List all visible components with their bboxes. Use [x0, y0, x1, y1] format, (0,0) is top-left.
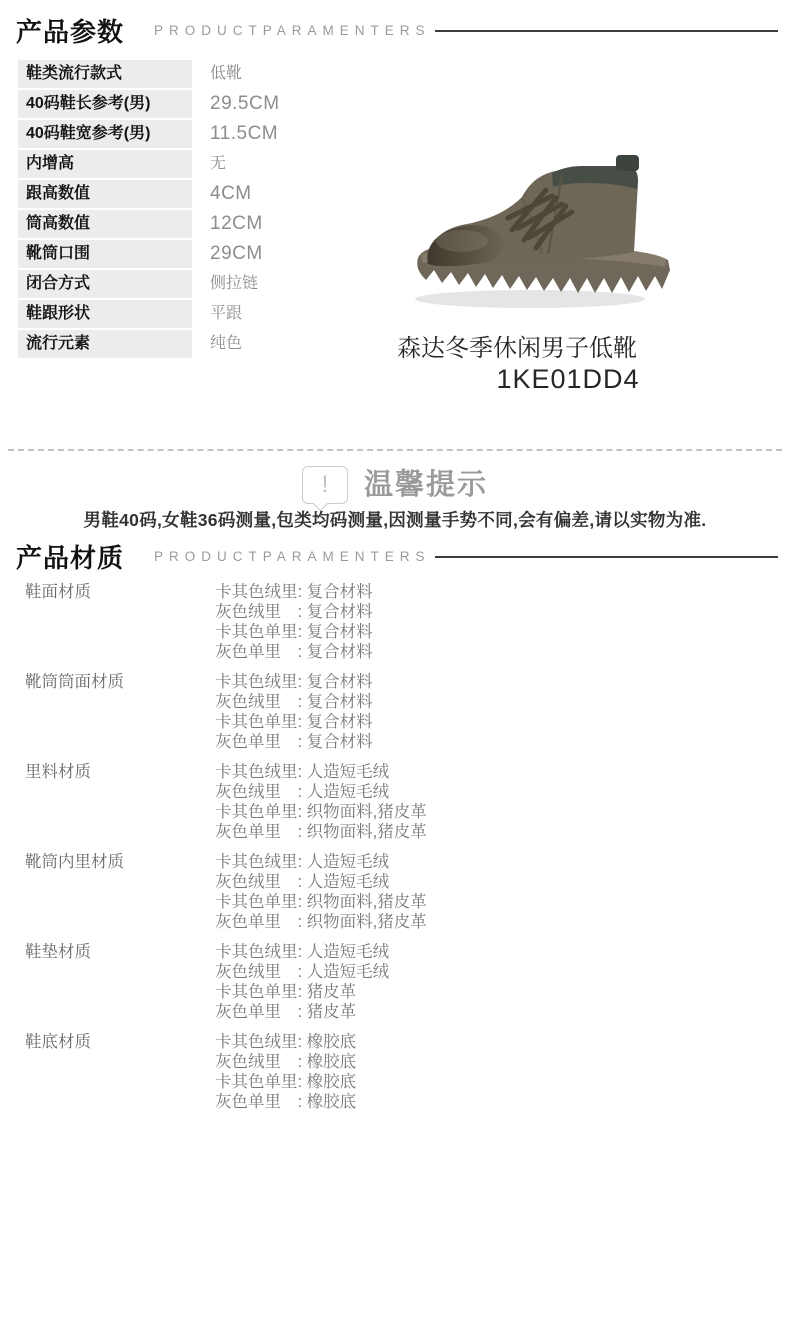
- material-line: 灰色绒里 : 橡胶底: [215, 1052, 545, 1072]
- param-value: 11.5CM: [210, 120, 278, 148]
- material-line: 灰色单里 : 橡胶底: [215, 1092, 545, 1112]
- material-line: 卡其色绒里: 人造短毛绒: [215, 762, 545, 782]
- material-values: 卡其色绒里: 复合材料 灰色绒里 : 复合材料 卡其色单里: 复合材料 灰色单里…: [215, 672, 545, 752]
- param-label: 跟高数值: [18, 180, 192, 208]
- section-title-parameters: 产品参数: [16, 12, 124, 49]
- material-line: 卡其色绒里: 人造短毛绒: [215, 942, 545, 962]
- material-line: 卡其色单里: 复合材料: [215, 712, 545, 732]
- section-header-materials: 产品材质 PRODUCTPARAMENTERS: [16, 538, 778, 575]
- material-label: 靴筒筒面材质: [25, 672, 215, 752]
- material-line: 卡其色单里: 织物面料,猪皮革: [215, 892, 545, 912]
- material-line: 灰色绒里 : 人造短毛绒: [215, 962, 545, 982]
- material-line: 卡其色绒里: 人造短毛绒: [215, 852, 545, 872]
- param-label: 闭合方式: [18, 270, 192, 298]
- product-detail-page: 产品参数 PRODUCTPARAMENTERS 鞋类流行款式 低靴 40码鞋长参…: [0, 0, 790, 1330]
- material-row: 鞋面材质 卡其色绒里: 复合材料 灰色绒里 : 复合材料 卡其色单里: 复合材料…: [25, 582, 545, 662]
- table-row: 40码鞋宽参考(男) 11.5CM: [18, 120, 418, 148]
- param-value: 纯色: [210, 330, 242, 358]
- param-label: 筒高数值: [18, 210, 192, 238]
- param-value: 平跟: [210, 300, 242, 328]
- param-label: 40码鞋宽参考(男): [18, 120, 192, 148]
- param-value: 29.5CM: [210, 90, 280, 118]
- product-model-code: 1KE01DD4: [468, 364, 668, 395]
- param-label: 靴筒口围: [18, 240, 192, 268]
- material-line: 灰色绒里 : 人造短毛绒: [215, 872, 545, 892]
- material-line: 卡其色单里: 复合材料: [215, 622, 545, 642]
- material-label: 鞋垫材质: [25, 942, 215, 1022]
- material-label: 鞋底材质: [25, 1032, 215, 1112]
- material-line: 卡其色绒里: 复合材料: [215, 582, 545, 602]
- notice-title: 温馨提示: [364, 462, 488, 503]
- material-row: 靴筒筒面材质 卡其色绒里: 复合材料 灰色绒里 : 复合材料 卡其色单里: 复合…: [25, 672, 545, 752]
- material-line: 卡其色绒里: 橡胶底: [215, 1032, 545, 1052]
- header-rule: [435, 30, 778, 32]
- material-label: 鞋面材质: [25, 582, 215, 662]
- table-row: 鞋类流行款式 低靴: [18, 60, 418, 88]
- param-label: 内增高: [18, 150, 192, 178]
- header-rule: [435, 556, 778, 558]
- param-value: 29CM: [210, 240, 263, 268]
- material-label: 里料材质: [25, 762, 215, 842]
- table-row: 鞋跟形状 平跟: [18, 300, 418, 328]
- material-row: 鞋底材质 卡其色绒里: 橡胶底 灰色绒里 : 橡胶底 卡其色单里: 橡胶底 灰色…: [25, 1032, 545, 1112]
- material-line: 灰色单里 : 猪皮革: [215, 1002, 545, 1022]
- table-row: 流行元素 纯色: [18, 330, 418, 358]
- material-line: 卡其色单里: 猪皮革: [215, 982, 545, 1002]
- dashed-divider: [8, 449, 782, 451]
- table-row: 闭合方式 侧拉链: [18, 270, 418, 298]
- material-line: 卡其色单里: 橡胶底: [215, 1072, 545, 1092]
- material-line: 灰色单里 : 复合材料: [215, 732, 545, 752]
- material-label: 靴筒内里材质: [25, 852, 215, 932]
- product-image: [412, 142, 697, 312]
- notice-header: ! 温馨提示: [0, 462, 790, 504]
- param-label: 流行元素: [18, 330, 192, 358]
- material-values: 卡其色绒里: 复合材料 灰色绒里 : 复合材料 卡其色单里: 复合材料 灰色单里…: [215, 582, 545, 662]
- table-row: 跟高数值 4CM: [18, 180, 418, 208]
- param-value: 无: [210, 150, 226, 178]
- material-values: 卡其色绒里: 人造短毛绒 灰色绒里 : 人造短毛绒 卡其色单里: 猪皮革 灰色单…: [215, 942, 545, 1022]
- section-header-parameters: 产品参数 PRODUCTPARAMENTERS: [16, 12, 778, 49]
- table-row: 40码鞋长参考(男) 29.5CM: [18, 90, 418, 118]
- boot-illustration: [412, 142, 697, 312]
- param-value: 4CM: [210, 180, 252, 208]
- param-value: 低靴: [210, 60, 242, 88]
- product-name: 森达冬季休闲男子低靴: [397, 328, 657, 363]
- material-line: 卡其色绒里: 复合材料: [215, 672, 545, 692]
- parameters-table: 鞋类流行款式 低靴 40码鞋长参考(男) 29.5CM 40码鞋宽参考(男) 1…: [18, 60, 418, 360]
- exclamation-bubble-icon: !: [302, 466, 348, 504]
- section-subtitle-materials: PRODUCTPARAMENTERS: [154, 549, 431, 564]
- notice-text: 男鞋40码,女鞋36码测量,包类均码测量,因测量手势不同,会有偏差,请以实物为准…: [0, 507, 790, 532]
- material-row: 鞋垫材质 卡其色绒里: 人造短毛绒 灰色绒里 : 人造短毛绒 卡其色单里: 猪皮…: [25, 942, 545, 1022]
- param-label: 鞋跟形状: [18, 300, 192, 328]
- material-row: 里料材质 卡其色绒里: 人造短毛绒 灰色绒里 : 人造短毛绒 卡其色单里: 织物…: [25, 762, 545, 842]
- section-title-materials: 产品材质: [16, 538, 124, 575]
- material-line: 灰色绒里 : 人造短毛绒: [215, 782, 545, 802]
- material-line: 灰色单里 : 织物面料,猪皮革: [215, 822, 545, 842]
- materials-table: 鞋面材质 卡其色绒里: 复合材料 灰色绒里 : 复合材料 卡其色单里: 复合材料…: [25, 582, 545, 1122]
- material-values: 卡其色绒里: 人造短毛绒 灰色绒里 : 人造短毛绒 卡其色单里: 织物面料,猪皮…: [215, 852, 545, 932]
- material-line: 灰色绒里 : 复合材料: [215, 692, 545, 712]
- param-label: 40码鞋长参考(男): [18, 90, 192, 118]
- table-row: 筒高数值 12CM: [18, 210, 418, 238]
- material-line: 卡其色单里: 织物面料,猪皮革: [215, 802, 545, 822]
- table-row: 内增高 无: [18, 150, 418, 178]
- material-values: 卡其色绒里: 橡胶底 灰色绒里 : 橡胶底 卡其色单里: 橡胶底 灰色单里 : …: [215, 1032, 545, 1112]
- material-line: 灰色绒里 : 复合材料: [215, 602, 545, 622]
- material-line: 灰色单里 : 织物面料,猪皮革: [215, 912, 545, 932]
- material-values: 卡其色绒里: 人造短毛绒 灰色绒里 : 人造短毛绒 卡其色单里: 织物面料,猪皮…: [215, 762, 545, 842]
- material-row: 靴筒内里材质 卡其色绒里: 人造短毛绒 灰色绒里 : 人造短毛绒 卡其色单里: …: [25, 852, 545, 932]
- section-subtitle-parameters: PRODUCTPARAMENTERS: [154, 23, 431, 38]
- material-line: 灰色单里 : 复合材料: [215, 642, 545, 662]
- param-value: 侧拉链: [210, 270, 258, 298]
- param-value: 12CM: [210, 210, 263, 238]
- param-label: 鞋类流行款式: [18, 60, 192, 88]
- table-row: 靴筒口围 29CM: [18, 240, 418, 268]
